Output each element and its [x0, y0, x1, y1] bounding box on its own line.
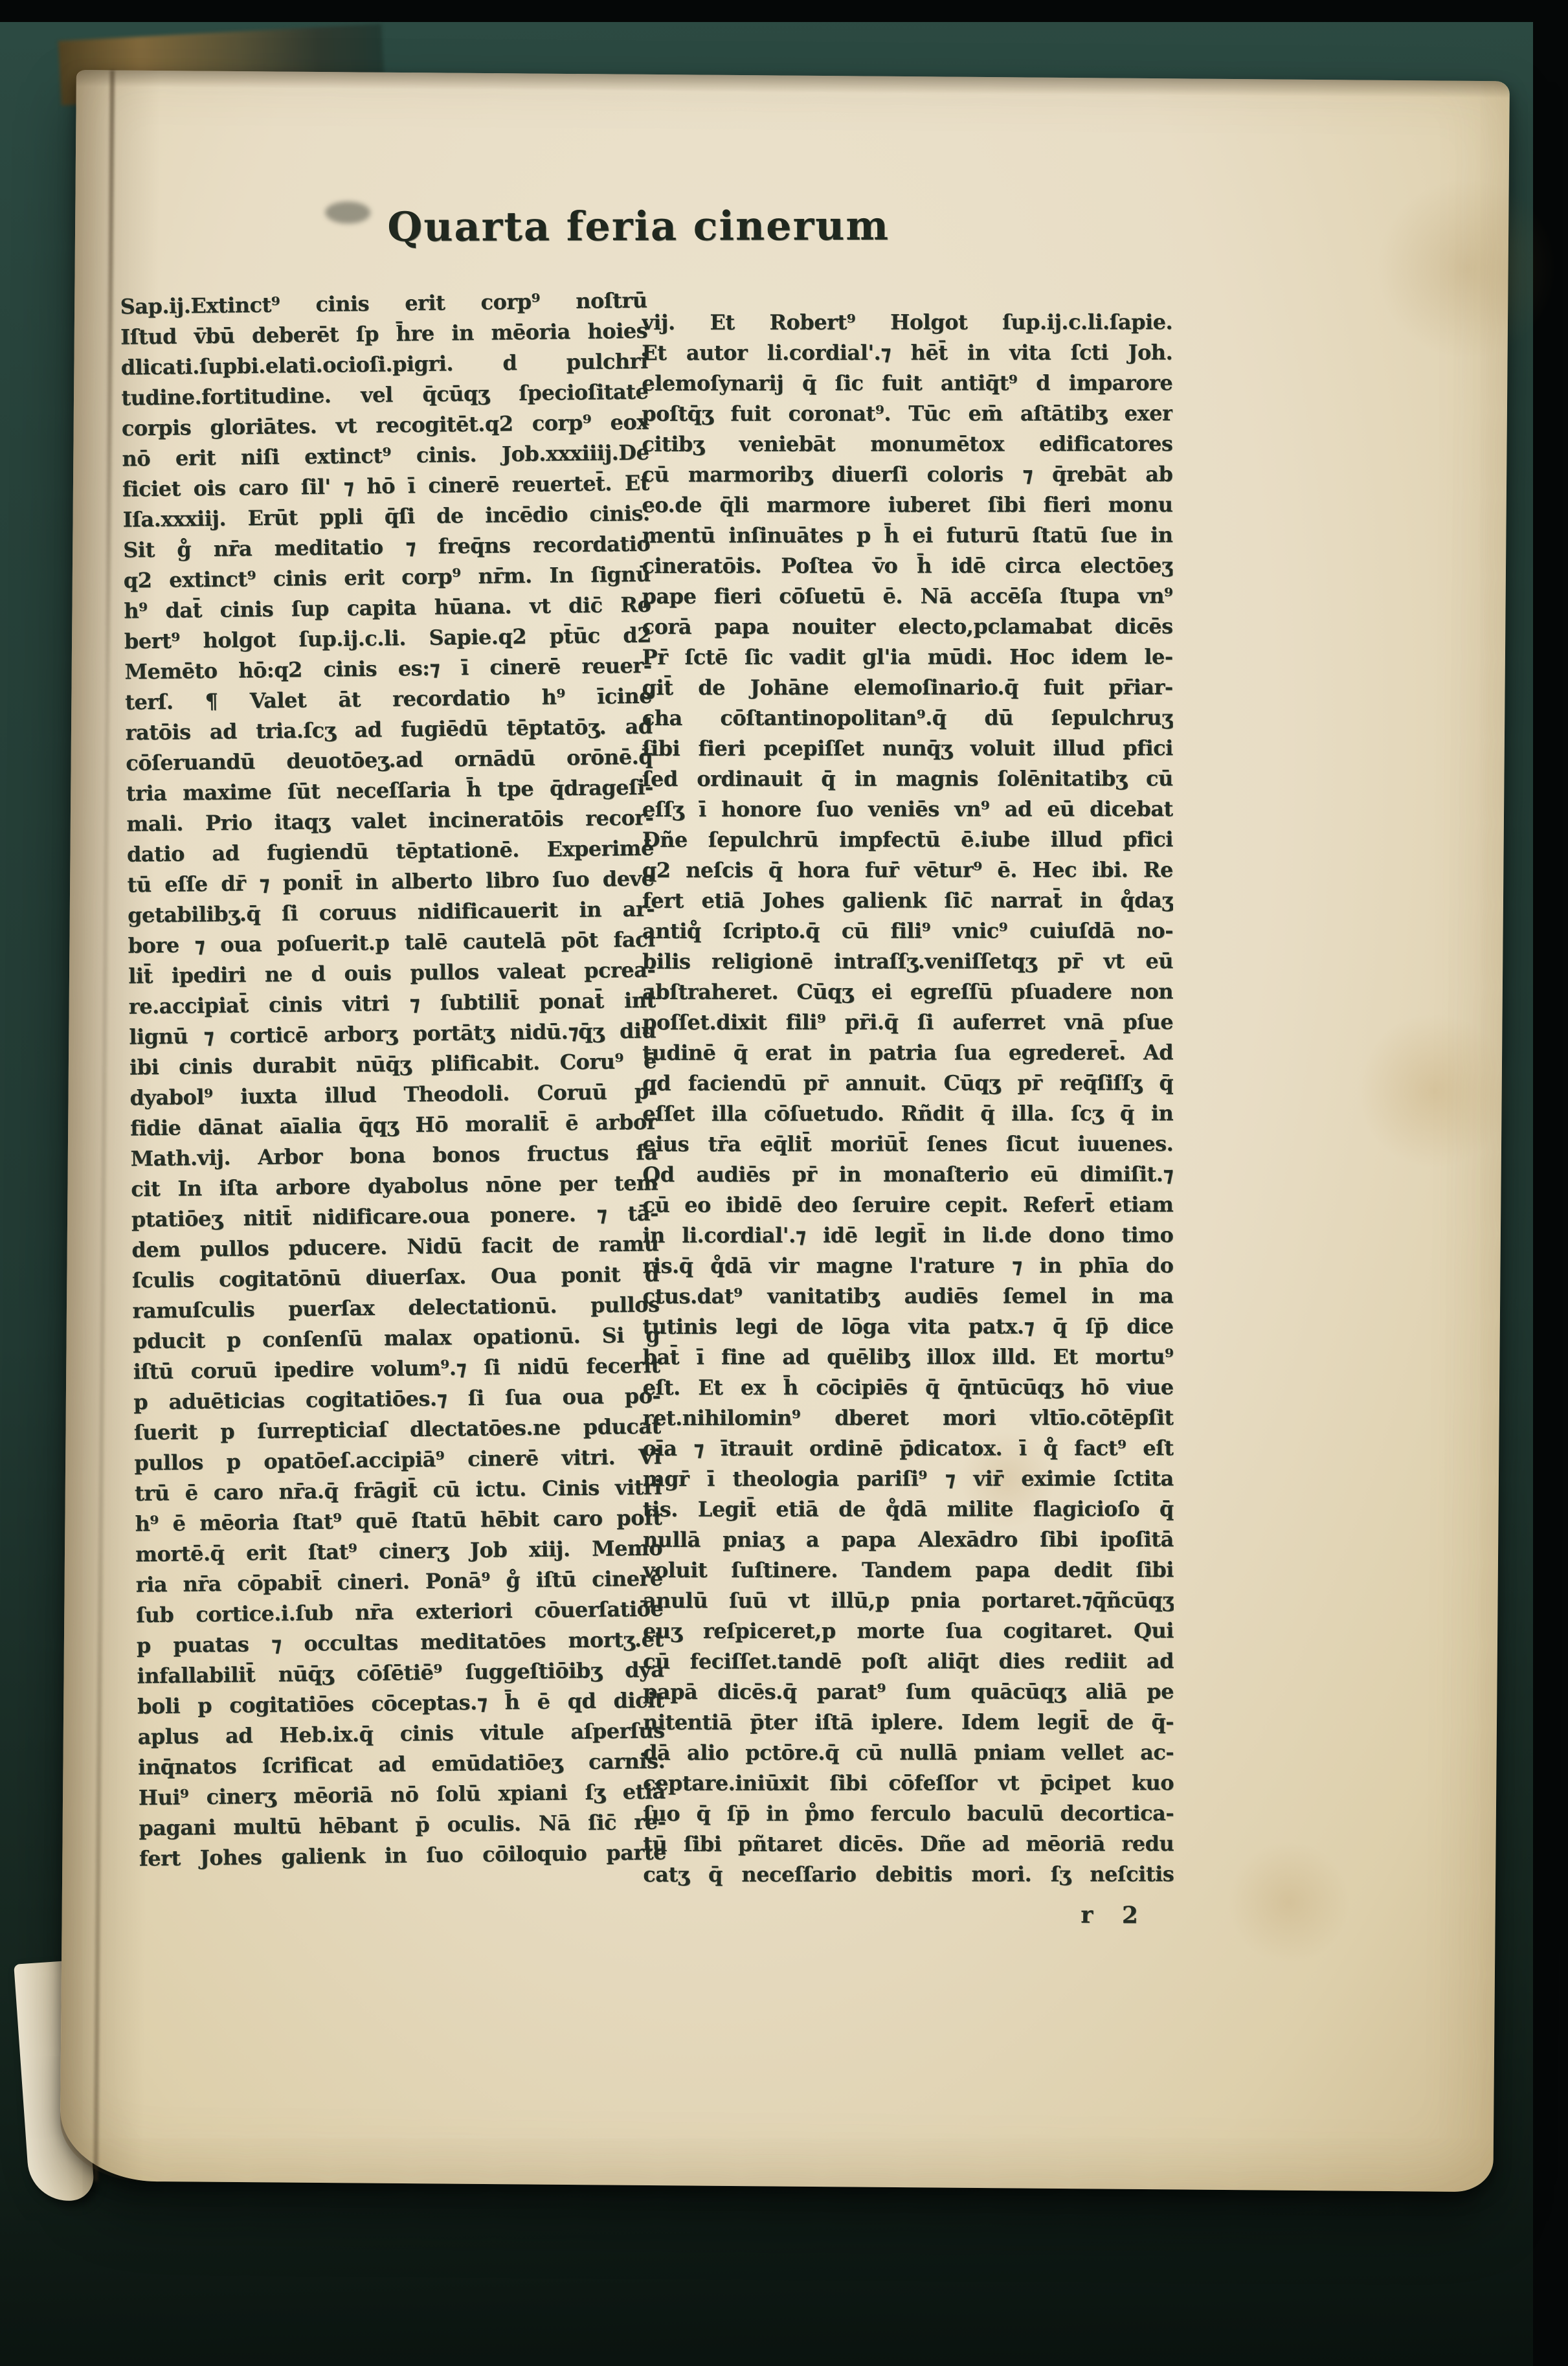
paper-stain — [1356, 1013, 1513, 1169]
text-line: tudinē q̄ erat in patria ſua egrederet̄.… — [642, 1037, 1173, 1068]
text-line: ris.q̄ q̊dā vir magne l'rature ⁊ in phīa… — [642, 1250, 1173, 1281]
text-line: q2 neſcis q̄ hora fur̄ vētur⁹ ē. Hec ibi… — [642, 855, 1173, 886]
text-line: dā alio pctōre.q̄ cū nullā pniam vellet … — [643, 1737, 1174, 1768]
text-line: oīa ⁊ ītrauit ordinē p̄dicatox. ī q̊ fac… — [643, 1433, 1174, 1464]
text-line: tutinis legi de lōga vita patx.⁊ q̄ ſp̄ … — [642, 1311, 1173, 1342]
signature-mark: r 2 — [1070, 1901, 1160, 1929]
text-line: papā dicēs.q̄ parat⁹ ſum quācūqʒ aliā pe — [643, 1676, 1174, 1707]
text-line: mentū inſinuātes p h̄ ei futurū ſtatū ſu… — [642, 520, 1172, 551]
text-line: cineratōis. Poſtea v̄o h̄ idē circa elec… — [642, 550, 1172, 581]
book-page: Quarta feria cinerum Sap.ij.Extinct⁹ cin… — [60, 70, 1510, 2192]
text-line: cū feciſſet.tandē poſt aliq̄t dies redii… — [643, 1646, 1174, 1677]
text-line: citibʒ veniebāt monumētox edificatores — [642, 429, 1172, 460]
text-line: eius tr̄a eq̄lit̄ moriūt̄ ſenes ſicut iu… — [642, 1129, 1173, 1160]
text-line: euʒ reſpiceret,p morte ſua cogitaret. Qu… — [643, 1616, 1174, 1647]
text-line: Qd audiēs pr̄ in monaſterio eū dimiſit.⁊ — [642, 1159, 1173, 1190]
text-line: eo.de q̄li marmore iuberet ſibi fieri mo… — [642, 490, 1172, 521]
text-line: ret.nihilomin⁹ dberet mori vltīo.cōtēpſi… — [643, 1403, 1174, 1434]
text-line: eſt. Et ex h̄ cōcipiēs q̄ q̄ntūcūqʒ hō v… — [643, 1372, 1174, 1403]
text-line: poſſet.dixit fili⁹ pr̄i.q̄ ſi auferret v… — [642, 1007, 1173, 1038]
text-line: anulū ſuū vt illū,p pnia portaret.⁊q̄ñcū… — [643, 1585, 1174, 1616]
running-title: Quarta feria cinerum — [353, 202, 923, 251]
text-line: Et autor li.cordial'.⁊ hēt̄ in vita ſcti… — [642, 337, 1172, 368]
text-line: abſtraheret. Cūqʒ ei egreſſū pſuadere no… — [642, 976, 1173, 1008]
text-line: ſed ordinauit q̄ in magnis ſolēnitatibʒ … — [642, 763, 1173, 794]
paper-stain — [1227, 1840, 1350, 1964]
text-line: tū ſibi pñtaret dicēs. Dñe ad mēoriā red… — [643, 1829, 1174, 1860]
text-line: nitentiā p̄ter iſtā iplere. Idem legit̄ … — [643, 1707, 1174, 1738]
text-line: cha cōſtantinopolitan⁹.q̄ dū ſepulchruʒ — [642, 703, 1173, 734]
text-line: bat̄ ī fine ad quēlibʒ illox illd. Et mo… — [643, 1342, 1174, 1373]
text-line: catʒ q̄ neceſſario debitis mori. ſʒ neſc… — [643, 1859, 1174, 1890]
text-line: antiq̊ ſcripto.q̄ cū fili⁹ vnic⁹ cuiuſdā… — [642, 916, 1173, 947]
text-line: nullā pniaʒ a papa Alexādro ſibi ipoſitā — [643, 1524, 1174, 1555]
text-line: ſibi fieri pcepiſſet nunq̄ʒ voluit illud… — [642, 733, 1173, 764]
text-line: ctus.dat⁹ vanitatibʒ audiēs ſemel in ma — [642, 1281, 1173, 1312]
text-line: poſtq̄ʒ fuit coronat⁹. Tūc em̄ aſtātibʒ … — [642, 398, 1172, 429]
text-line: vij. Et Robert⁹ Holgot ſup.ij.c.li.ſapie… — [642, 307, 1172, 338]
text-line: in li.cordial'.⁊ idē legit̄ in li.de don… — [642, 1220, 1173, 1251]
text-line: mgr̄ ī theologia pariſi⁹ ⁊ vir̄ eximie ſ… — [643, 1463, 1174, 1494]
text-line: eſſet illa cōſuetudo. Rñdit q̄ illa. ſcʒ… — [642, 1098, 1173, 1129]
text-line: voluit ſuſtinere. Tandem papa dedit ſibi — [643, 1555, 1174, 1586]
text-line: elemoſynarij q̄ ſic fuit antiq̄t⁹ d impa… — [642, 368, 1172, 399]
text-line: Pr̄ ſctē ſic vadit gl'ia mūdi. Hoc idem … — [642, 642, 1173, 673]
text-line: fert etiā Johes galienk ſic̄ narrat̄ in … — [642, 885, 1173, 916]
text-line: eſſʒ ī honore ſuo veniēs vn⁹ ad eū diceb… — [642, 794, 1173, 825]
text-line: pape fieri cōſuetū ē. Nā accēſa ſtupa vn… — [642, 581, 1173, 612]
text-line: cū marmoribʒ diuerſi coloris ⁊ q̄rebāt a… — [642, 459, 1172, 490]
text-line: git̄ de Johāne elemoſinario.q̄ fuit pr̄i… — [642, 672, 1173, 703]
text-line: ſuo q̄ ſp̄ in p̊mo ferculo baculū decort… — [643, 1798, 1174, 1829]
text-line: bilis religionē intraſſʒ.veniſſetqʒ pr̄ … — [642, 946, 1173, 977]
text-line: cū eo ibidē deo ſeruire cepit. Refert̄ e… — [642, 1189, 1173, 1221]
text-line: corā papa nouiter electo,pclamabat dicēs — [642, 611, 1173, 642]
text-column-right: vij. Et Robert⁹ Holgot ſup.ij.c.li.ſapie… — [642, 307, 1174, 1890]
text-line: fert Johes galienk in ſuo cōiloquio part… — [139, 1837, 667, 1874]
text-line: tis. Legit̄ etiā de q̊dā milite flagicio… — [643, 1494, 1174, 1525]
text-line: qd faciendū pr̄ annuit. Cūqʒ pr̄ req̄ſiſ… — [642, 1068, 1173, 1099]
text-line: ceptare.iniūxit ſibi cōfeſſor vt p̄cipet… — [643, 1768, 1174, 1799]
text-line: Dñe ſepulchrū impfectū ē.iube illud pfic… — [642, 824, 1173, 855]
text-column-left: Sap.ij.Extinct⁹ cinis erit corp⁹ noſtrūI… — [120, 286, 666, 1875]
